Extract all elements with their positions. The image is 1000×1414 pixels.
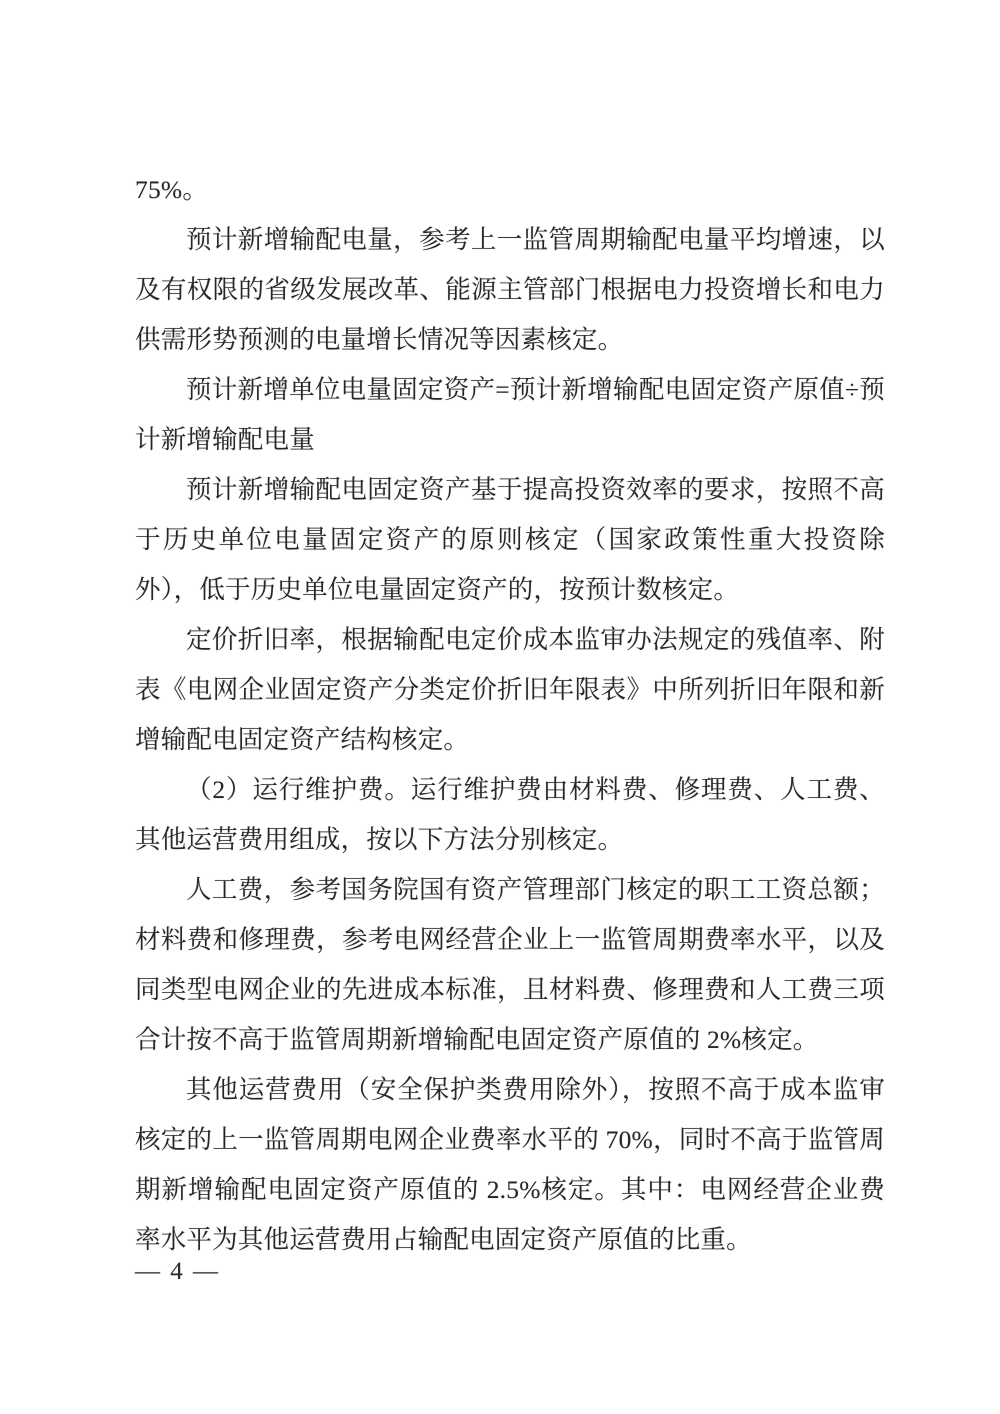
paragraph-forecast-volume: 预计新增输配电量，参考上一监管周期输配电量平均增速，以及有权限的省级发展改革、能… [135, 215, 885, 365]
paragraph-depreciation-rate: 定价折旧率，根据输配电定价成本监审办法规定的残值率、附表《电网企业固定资产分类定… [135, 615, 885, 765]
paragraph-other-operating-costs: 其他运营费用（安全保护类费用除外），按照不高于成本监审核定的上一监管周期电网企业… [135, 1065, 885, 1265]
paragraph-new-fixed-assets: 预计新增输配电固定资产基于提高投资效率的要求，按照不高于历史单位电量固定资产的原… [135, 465, 885, 615]
document-body: 75%。 预计新增输配电量，参考上一监管周期输配电量平均增速，以及有权限的省级发… [135, 165, 885, 1265]
paragraph-operation-maintenance: （2）运行维护费。运行维护费由材料费、修理费、人工费、其他运营费用组成，按以下方… [135, 765, 885, 865]
document-page: 75%。 预计新增输配电量，参考上一监管周期输配电量平均增速，以及有权限的省级发… [0, 0, 1000, 1414]
paragraph-continuation: 75%。 [135, 165, 885, 215]
paragraph-labor-material-repair: 人工费，参考国务院国有资产管理部门核定的职工工资总额；材料费和修理费，参考电网经… [135, 865, 885, 1065]
paragraph-unit-asset-formula: 预计新增单位电量固定资产=预计新增输配电固定资产原值÷预计新增输配电量 [135, 365, 885, 465]
page-number: — 4 — [135, 1252, 220, 1292]
